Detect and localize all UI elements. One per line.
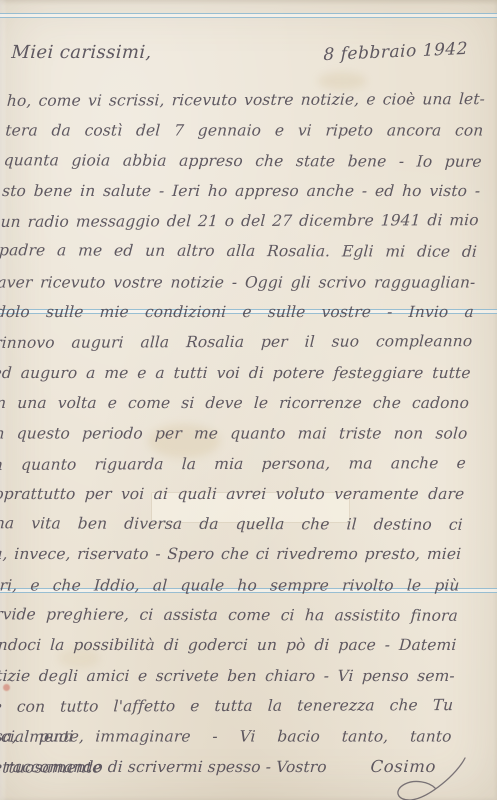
- letter-header: Miei carissimi, 8 febbraio 1942: [8, 42, 488, 84]
- letter-line: quanta gioia abbia appreso che state ben…: [3, 145, 483, 177]
- letter-line: dandoci la possibilità di goderci un pò …: [0, 630, 457, 660]
- letter-line: in questo periodo per me quanto mai tris…: [0, 419, 468, 449]
- letter-line: fervide preghiere, ci assista come ci ha…: [0, 599, 459, 631]
- letter-line: un radio messaggio del 21 o del 27 dicem…: [0, 205, 479, 237]
- letter-line: cari, e che Iddio, al quale ho sempre ri…: [0, 570, 460, 600]
- letter-line: ed auguro a me e a tutti voi di potere f…: [0, 358, 471, 388]
- letter-line: una vita ben diversa da quella che il de…: [0, 508, 464, 540]
- letter-line: Rosa, puoi immaginare - Vi bacio tanto, …: [0, 722, 452, 752]
- letter-line: ho, come vi scrissi, ricevuto vostre not…: [6, 84, 486, 116]
- letter-line: in una volta e come si deve le ricorrenz…: [0, 388, 470, 418]
- letter-line: in quanto riguarda la mia persona, ma an…: [0, 448, 467, 480]
- letter-page: Miei carissimi, 8 febbraio 1942 ho, come…: [0, 0, 497, 800]
- ruled-line-top: [0, 13, 497, 18]
- signature-flourish: [377, 754, 473, 800]
- letter-line: rinnovo auguri alla Rosalia per il suo c…: [0, 326, 473, 358]
- letter-line: aver ricevuto vostre notizie - Oggi gli …: [0, 267, 476, 297]
- letter-line: soprattutto per voi ai quali avrei volut…: [0, 479, 465, 509]
- letter-line: pre con tutto l'affetto e tutta la tener…: [0, 690, 454, 722]
- letter-line: notizie degli amici e scrivete ben chiar…: [0, 661, 456, 691]
- handwriting-layer: Miei carissimi, 8 febbraio 1942 ho, come…: [0, 42, 488, 782]
- letter-line: ha, invece, riservato - Spero che ci riv…: [0, 539, 462, 569]
- letter-line: padre a me ed un altro alla Rosalia. Egl…: [0, 236, 478, 268]
- letter-line: sto bene in salute - Ieri ho appreso anc…: [1, 176, 481, 206]
- salutation: Miei carissimi,: [9, 42, 152, 63]
- letter-date: 8 febbraio 1942: [323, 39, 468, 65]
- letter-line: dolo sulle mie condizioni e sulle vostre…: [0, 297, 475, 327]
- letter-body: ho, come vi scrissi, ricevuto vostre not…: [0, 85, 486, 782]
- letter-line: tera da costì del 7 gennaio e vi ripeto …: [5, 116, 485, 146]
